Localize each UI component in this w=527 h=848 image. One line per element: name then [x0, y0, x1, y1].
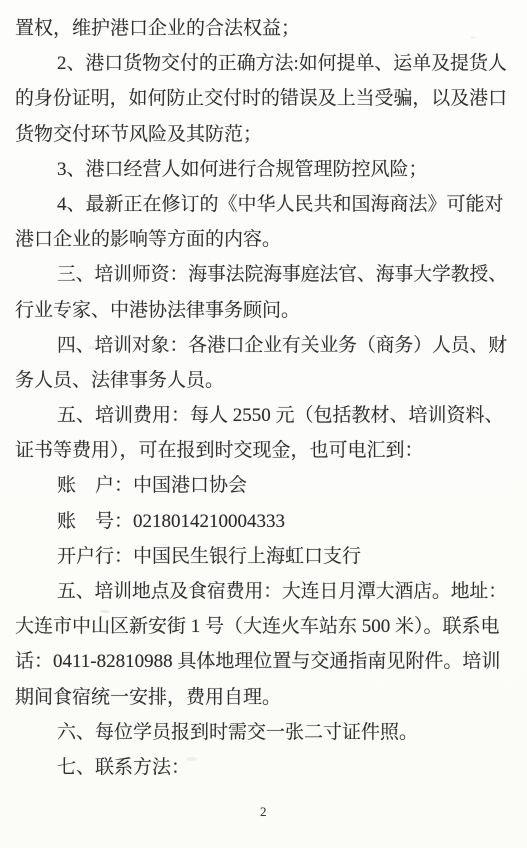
text-line: 六、每位学员报到时需交一张二寸证件照。: [15, 715, 507, 750]
text-line-text: 3、港口经营人如何进行合规管理防控风险；: [57, 152, 428, 187]
text-line: 3、港口经营人如何进行合规管理防控风险；: [15, 152, 507, 187]
text-line: 4、最新正在修订的《中华人民共和国海商法》可能对: [15, 187, 507, 222]
text-line: 大连市中山区新安街 1 号（大连火车站东 500 米）。联系电: [15, 609, 507, 644]
text-line: 的身份证明，如何防止交付时的错误及上当受骗，以及港口: [15, 81, 507, 116]
text-line-text: 六、每位学员报到时需交一张二寸证件照。: [57, 715, 418, 750]
text-line: 七、联系方法：: [15, 750, 507, 785]
document-body: 置权，维护港口企业的合法权益； 2、港口货物交付的正确方法:如何提单、运单及提货…: [0, 0, 527, 785]
text-line-text: 行业专家、中港协法律事务顾问。: [15, 293, 300, 328]
text-line: 账 户：中国港口协会: [15, 468, 507, 503]
page-number: 2: [0, 804, 527, 820]
document-page: 置权，维护港口企业的合法权益； 2、港口货物交付的正确方法:如何提单、运单及提货…: [0, 0, 527, 848]
text-line-text: 四、培训对象：各港口企业有关业务（商务）人员、财: [57, 328, 507, 363]
text-line-text: 开户行：中国民生银行上海虹口支行: [57, 539, 361, 574]
text-line-text: 账 号：0218014210004333: [57, 504, 285, 539]
text-line: 置权，维护港口企业的合法权益；: [15, 11, 507, 46]
text-line: 账 号：0218014210004333: [15, 504, 507, 539]
text-line-text: 4、最新正在修订的《中华人民共和国海商法》可能对: [57, 187, 504, 222]
text-line: 务人员、法律事务人员。: [15, 363, 507, 398]
text-line-text: 五、培训费用：每人 2550 元（包括教材、培训资料、: [57, 398, 504, 433]
text-line: 期间食宿统一安排，费用自理。: [15, 680, 507, 715]
text-line-text: 期间食宿统一安排，费用自理。: [15, 680, 281, 715]
text-line: 行业专家、中港协法律事务顾问。: [15, 293, 507, 328]
text-line-text: 三、培训师资：海事法院海事庭法官、海事大学教授、: [57, 257, 507, 292]
text-line-text: 大连市中山区新安街 1 号（大连火车站东 500 米）。联系电: [15, 609, 500, 644]
text-line-text: 港口企业的影响等方面的内容。: [15, 222, 281, 257]
text-line: 四、培训对象：各港口企业有关业务（商务）人员、财: [15, 328, 507, 363]
text-line: 开户行：中国民生银行上海虹口支行: [15, 539, 507, 574]
text-line: 货物交付环节风险及其防范；: [15, 117, 507, 152]
text-line-text: 货物交付环节风险及其防范；: [15, 117, 262, 152]
text-line-text: 的身份证明，如何防止交付时的错误及上当受骗，以及港口: [15, 81, 507, 116]
text-line-text: 证书等费用），可在报到时交现金，也可电汇到：: [15, 433, 424, 468]
text-line: 话：0411-82810988 具体地理位置与交通指南见附件。培训: [15, 644, 507, 679]
text-line: 三、培训师资：海事法院海事庭法官、海事大学教授、: [15, 257, 507, 292]
text-line: 2、港口货物交付的正确方法:如何提单、运单及提货人: [15, 46, 507, 81]
text-line-text: 话：0411-82810988 具体地理位置与交通指南见附件。培训: [15, 644, 500, 679]
text-line-text: 务人员、法律事务人员。: [15, 363, 224, 398]
text-line: 五、培训地点及食宿费用：大连日月潭大酒店。地址：: [15, 574, 507, 609]
text-line-text: 2、港口货物交付的正确方法:如何提单、运单及提货人: [57, 46, 507, 81]
text-line-text: 账 户：中国港口协会: [57, 468, 247, 503]
text-line-text: 七、联系方法：: [57, 750, 190, 785]
text-line: 证书等费用），可在报到时交现金，也可电汇到：: [15, 433, 507, 468]
text-line: 五、培训费用：每人 2550 元（包括教材、培训资料、: [15, 398, 507, 433]
text-line-text: 置权，维护港口企业的合法权益；: [15, 11, 300, 46]
text-line: 港口企业的影响等方面的内容。: [15, 222, 507, 257]
text-line-text: 五、培训地点及食宿费用：大连日月潭大酒店。地址：: [57, 574, 507, 609]
